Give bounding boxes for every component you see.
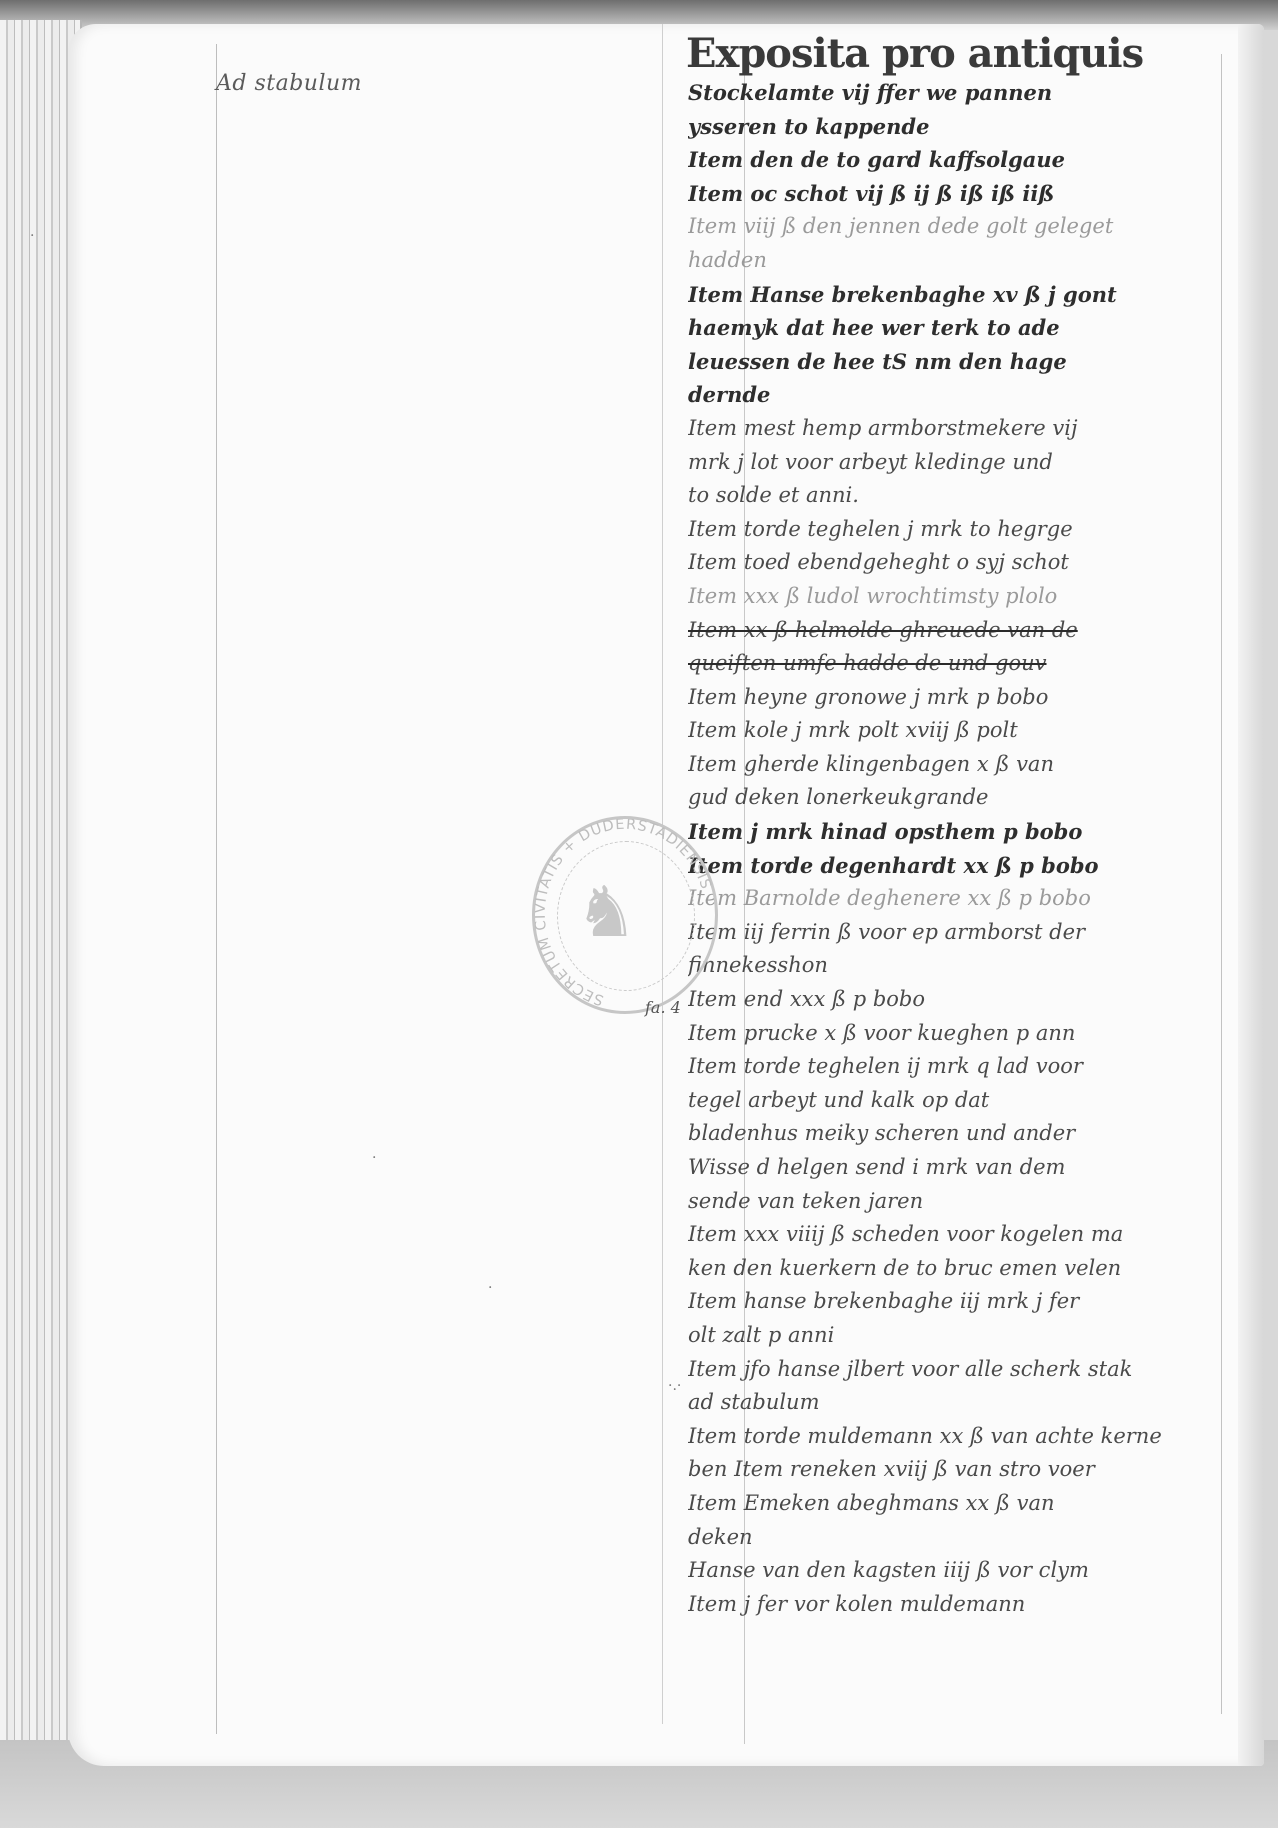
account-entry-line: ben Item reneken xviij ß van stro voer — [688, 1453, 1208, 1487]
account-entry-line: ysseren to kappende — [688, 110, 1208, 144]
account-entry-line: Item prucke x ß voor kueghen p ann — [688, 1017, 1208, 1051]
account-entry-line: queiften umfe hadde de und gouv — [688, 647, 1208, 681]
account-entry-line: ken den kuerkern de to bruc emen velen — [688, 1252, 1208, 1286]
account-entry-line: ad stabulum — [688, 1386, 1208, 1420]
account-entry-line: deken — [688, 1521, 1208, 1555]
account-entry-line: Item xxx viiij ß scheden voor kogelen ma — [688, 1218, 1208, 1252]
account-entry-line: Hanse van den kagsten iiij ß vor clym — [688, 1554, 1208, 1588]
account-entry-line: Item kole j mrk polt xviij ß polt — [688, 714, 1208, 748]
account-entry-line: Item end xxx ß p bobo — [688, 983, 1208, 1017]
right-margin-rule — [1221, 54, 1222, 1714]
account-entry-line: Item oc schot vij ß ij ß iß iß iiß — [688, 177, 1208, 211]
account-entry-line: olt zalt p anni — [688, 1319, 1208, 1353]
ink-speck: · — [30, 228, 34, 244]
account-entry-line: Item torde teghelen j mrk to hegrge — [688, 513, 1208, 547]
account-entry-line: leuessen de hee tS nm den hage — [688, 345, 1208, 379]
ink-speck: ·.· — [668, 1378, 681, 1394]
account-entry-line: Wisse d helgen send i mrk van dem — [688, 1151, 1208, 1185]
page-heading: Exposita pro antiquis — [686, 32, 1206, 76]
account-entry-line: Item Emeken abeghmans xx ß van — [688, 1487, 1208, 1521]
ink-speck: · — [488, 1280, 492, 1296]
account-entry-line: Item torde degenhardt xx ß p bobo — [688, 849, 1208, 883]
account-entry-line: Item heyne gronowe j mrk p bobo — [688, 681, 1208, 715]
account-entry-line: tegel arbeyt und kalk op dat — [688, 1084, 1208, 1118]
account-entry-line: Item j mrk hinad opsthem p bobo — [688, 815, 1208, 849]
account-entry-line: Item gherde klingenbagen x ß van — [688, 748, 1208, 782]
account-entry-line: finnekesshon — [688, 949, 1208, 983]
account-entry-line: Item den de to gard kaffsolgaue — [688, 143, 1208, 177]
folio-mark: fa. 4 — [645, 998, 681, 1017]
account-entry-line: mrk j lot voor arbeyt kledinge und — [688, 446, 1208, 480]
page-gutter-shadow — [1238, 24, 1264, 1766]
account-entry-line: Item xx ß helmolde ghreuede van de — [688, 614, 1208, 648]
account-entry-line: Item xxx ß ludol wrochtimsty plolo — [688, 580, 1208, 614]
account-entries: Stockelamte vij ffer we pannenysseren to… — [688, 76, 1208, 1621]
account-entry-line: Item torde teghelen ij mrk q lad voor — [688, 1050, 1208, 1084]
account-entry-line: sende van teken jaren — [688, 1185, 1208, 1219]
account-entry-line: Item iij ferrin ß voor ep armborst der — [688, 916, 1208, 950]
account-entry-line: Item hanse brekenbaghe iij mrk j fer — [688, 1285, 1208, 1319]
account-entry-line: Item jfo hanse jlbert voor alle scherk s… — [688, 1353, 1208, 1387]
account-entry-line: gud deken lonerkeukgrande — [688, 781, 1208, 815]
account-entry-line: Item Barnolde deghenere xx ß p bobo — [688, 882, 1208, 916]
library-seal-stamp: SECRETUM CIVITATIS + DUDERSTADIENSIS ♞ — [532, 816, 718, 1014]
account-entry-line: Item j fer vor kolen muldemann — [688, 1588, 1208, 1622]
account-entry-line: hadden — [688, 244, 1208, 278]
left-margin-note: Ad stabulum — [216, 71, 362, 96]
account-entry-line: bladenhus meiky scheren und ander — [688, 1117, 1208, 1151]
account-entry-line: Item Hanse brekenbaghe xv ß j gont — [688, 278, 1208, 312]
account-entry-line: Item torde muldemann xx ß van achte kern… — [688, 1420, 1208, 1454]
account-entry-line: Stockelamte vij ffer we pannen — [688, 76, 1208, 110]
account-entry-line: Item toed ebendgeheght o syj schot — [688, 546, 1208, 580]
account-entry-line: dernde — [688, 378, 1208, 412]
account-entry-line: to solde et anni. — [688, 479, 1208, 513]
left-margin-rule — [216, 44, 217, 1734]
account-entry-line: Item mest hemp armborstmekere vij — [688, 412, 1208, 446]
account-entry-line: haemyk dat hee wer terk to ade — [688, 311, 1208, 345]
lion-icon: ♞ — [575, 871, 638, 953]
ink-speck: · — [372, 1150, 376, 1166]
account-entry-line: Item viij ß den jennen dede golt geleget — [688, 210, 1208, 244]
